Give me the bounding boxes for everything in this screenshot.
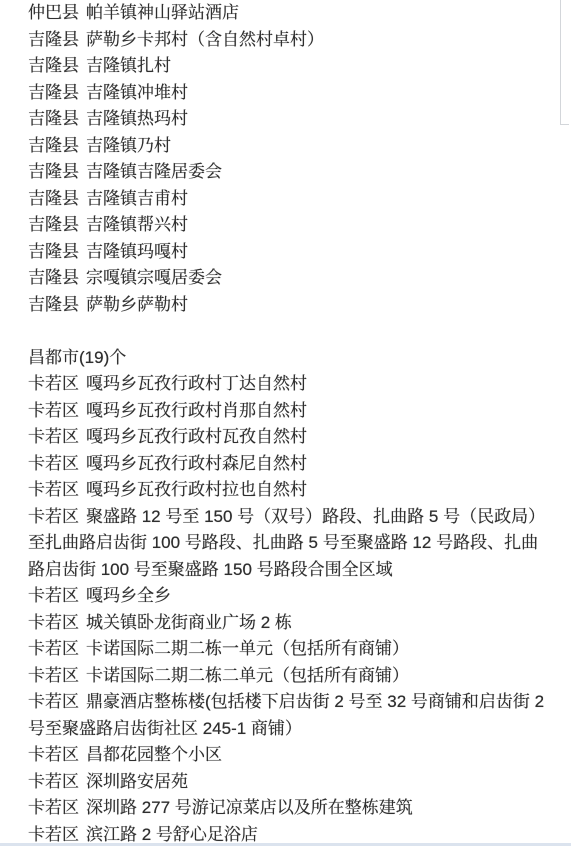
list-entry: 卡若区卡诺国际二期二栋二单元（包括所有商铺） [28,663,545,690]
entry-location: 吉隆镇冲堆村 [86,83,188,102]
list-entry: 卡若区卡诺国际二期二栋一单元（包括所有商铺） [28,636,545,663]
entry-location: 萨勒乡卡邦村（含自然村卓村） [86,30,324,49]
entry-location: 吉隆镇吉隆居委会 [86,162,222,181]
entry-location: 吉隆镇扎村 [86,56,171,75]
entry-district: 吉隆县 [28,109,79,128]
list-entry: 仲巴县帕羊镇神山驿站酒店 [28,0,545,27]
entry-district: 卡若区 [28,666,79,685]
list-entry: 卡若区嘎玛乡瓦孜行政村肖那自然村 [28,398,545,425]
risk-area-list: 仲巴县帕羊镇神山驿站酒店吉隆县萨勒乡卡邦村（含自然村卓村）吉隆县吉隆镇扎村吉隆县… [0,0,571,846]
entry-location: 嘎玛乡全乡 [86,586,171,605]
entry-location: 卡诺国际二期二栋二单元（包括所有商铺） [86,666,409,685]
entry-location: 嘎玛乡瓦孜行政村肖那自然村 [86,401,307,420]
entry-location: 城关镇卧龙街商业广场 2 栋 [86,613,292,632]
entry-district: 吉隆县 [28,30,79,49]
entry-location: 吉隆镇热玛村 [86,109,188,128]
entry-district: 卡若区 [28,639,79,658]
entry-district: 吉隆县 [28,189,79,208]
section-header: 昌都市(19)个 [28,345,545,372]
list-entry: 卡若区嘎玛乡瓦孜行政村拉也自然村 [28,477,545,504]
list-entry: 吉隆县萨勒乡萨勒村 [28,292,545,319]
list-entry: 卡若区深圳路安居苑 [28,769,545,796]
entry-district: 吉隆县 [28,242,79,261]
entry-district: 卡若区 [28,454,79,473]
entry-district: 吉隆县 [28,215,79,234]
list-entry: 吉隆县吉隆镇乃村 [28,133,545,160]
entry-location: 宗嘎镇宗嘎居委会 [86,268,222,287]
entry-location: 昌都花园整个小区 [86,745,222,764]
list-entry: 吉隆县吉隆镇玛嘎村 [28,239,545,266]
entry-district: 吉隆县 [28,295,79,314]
list-entry: 卡若区鼎豪酒店整栋楼(包括楼下启齿街 2 号至 32 号商铺和启齿街 2 号至聚… [28,689,545,742]
entry-location: 吉隆镇吉甫村 [86,189,188,208]
entry-district: 卡若区 [28,745,79,764]
list-entry: 吉隆县萨勒乡卡邦村（含自然村卓村） [28,27,545,54]
entry-location: 聚盛路 12 号至 150 号（双号）路段、扎曲路 5 号（民政局）至扎曲路启齿… [28,507,538,579]
list-entry: 吉隆县吉隆镇吉甫村 [28,186,545,213]
list-entry: 卡若区昌都花园整个小区 [28,742,545,769]
entry-location: 萨勒乡萨勒村 [86,295,188,314]
entry-district: 吉隆县 [28,56,79,75]
entry-district: 卡若区 [28,613,79,632]
entry-location: 吉隆镇玛嘎村 [86,242,188,261]
list-entry: 卡若区聚盛路 12 号至 150 号（双号）路段、扎曲路 5 号（民政局）至扎曲… [28,504,545,584]
entry-district: 卡若区 [28,586,79,605]
entry-location: 吉隆镇帮兴村 [86,215,188,234]
entry-location: 嘎玛乡瓦孜行政村森尼自然村 [86,454,307,473]
entry-location: 吉隆镇乃村 [86,136,171,155]
entry-district: 吉隆县 [28,136,79,155]
list-entry: 吉隆县吉隆镇吉隆居委会 [28,159,545,186]
list-entry: 吉隆县吉隆镇冲堆村 [28,80,545,107]
entry-location: 鼎豪酒店整栋楼(包括楼下启齿街 2 号至 32 号商铺和启齿街 2 号至聚盛路启… [28,692,544,738]
list-entry: 卡若区深圳路 277 号游记凉菜店以及所在整栋建筑 [28,795,545,822]
list-entry: 吉隆县吉隆镇帮兴村 [28,212,545,239]
entry-district: 卡若区 [28,798,79,817]
entry-district: 卡若区 [28,401,79,420]
list-entry: 卡若区城关镇卧龙街商业广场 2 栋 [28,610,545,637]
entry-district: 吉隆县 [28,268,79,287]
entry-district: 卡若区 [28,480,79,499]
list-entry: 卡若区嘎玛乡瓦孜行政村丁达自然村 [28,371,545,398]
entry-location: 嘎玛乡瓦孜行政村瓦孜自然村 [86,427,307,446]
entry-location: 卡诺国际二期二栋一单元（包括所有商铺） [86,639,409,658]
entry-location: 嘎玛乡瓦孜行政村拉也自然村 [86,480,307,499]
list-entry: 吉隆县吉隆镇热玛村 [28,106,545,133]
list-entry: 卡若区嘎玛乡瓦孜行政村瓦孜自然村 [28,424,545,451]
entry-district: 仲巴县 [28,3,79,22]
list-entry: 吉隆县宗嘎镇宗嘎居委会 [28,265,545,292]
entry-district: 卡若区 [28,374,79,393]
entry-district: 吉隆县 [28,162,79,181]
list-entry: 卡若区嘎玛乡瓦孜行政村森尼自然村 [28,451,545,478]
entry-location: 深圳路安居苑 [86,772,188,791]
entry-location: 滨江路 2 号舒心足浴店 [86,825,258,844]
entry-district: 吉隆县 [28,83,79,102]
list-entry: 卡若区嘎玛乡全乡 [28,583,545,610]
entry-district: 卡若区 [28,692,79,711]
entry-district: 卡若区 [28,507,79,526]
entry-district: 卡若区 [28,825,79,844]
corner-border [560,0,569,125]
entry-location: 嘎玛乡瓦孜行政村丁达自然村 [86,374,307,393]
list-entry: 吉隆县吉隆镇扎村 [28,53,545,80]
entry-district: 卡若区 [28,772,79,791]
entry-district: 卡若区 [28,427,79,446]
entry-location: 深圳路 277 号游记凉菜店以及所在整栋建筑 [86,798,413,817]
entry-location: 帕羊镇神山驿站酒店 [86,3,239,22]
